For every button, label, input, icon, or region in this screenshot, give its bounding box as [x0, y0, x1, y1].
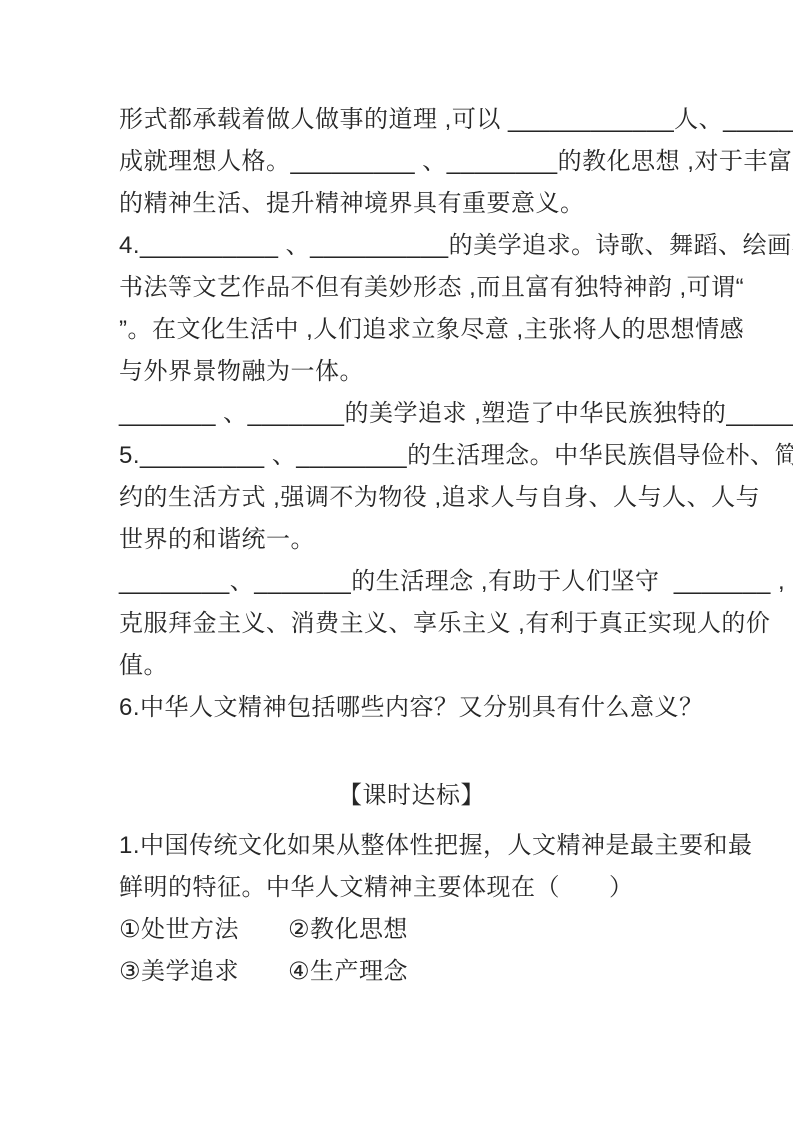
q5-summary-line-1: ________、_______的生活理念 ,有助于人们坚守 _______ , — [119, 561, 704, 603]
q3-text-line-2: 成就理想人格。_________ 、________的教化思想 ,对于丰富人 — [119, 141, 704, 183]
quiz-q1-text-line-2: 鲜明的特征。中华人文精神主要体现在（ ） — [119, 867, 704, 909]
quiz-q1-text-line-1: 1.中国传统文化如果从整体性把握，人文精神是最主要和最 — [119, 825, 704, 867]
quiz-q1-options-line-2: ③美学追求 ④生产理念 — [119, 951, 704, 993]
q5-summary-line-2: 克服拜金主义、消费主义、享乐主义 ,有利于真正实现人的价 — [119, 603, 704, 645]
q5-text-line-2: 约的生活方式 ,强调不为物役 ,追求人与自身、人与人、人与 — [119, 477, 704, 519]
q4-text-line-2: 书法等文艺作品不但有美妙形态 ,而且富有独特神韵 ,可谓“ — [119, 267, 704, 309]
q3-text-line-3: 的精神生活、提升精神境界具有重要意义。 — [119, 183, 704, 225]
worksheet-content: 形式都承载着做人做事的道理 ,可以 ____________人、________… — [119, 99, 704, 993]
q5-text-line-1: 5._________ 、________的生活理念。中华民族倡导俭朴、简 — [119, 435, 704, 477]
worksheet-page: 形式都承载着做人做事的道理 ,可以 ____________人、________… — [0, 0, 793, 1122]
q4-text-line-3: ”。在文化生活中 ,人们追求立象尽意 ,主张将人的思想情感 — [119, 309, 704, 351]
q5-text-line-3: 世界的和谐统一。 — [119, 519, 704, 561]
q5-summary-line-3: 值。 — [119, 645, 704, 687]
q4-text-line-1: 4.__________ 、__________的美学追求。诗歌、舞蹈、绘画、 — [119, 225, 704, 267]
quiz-q1-options-line-1: ①处世方法 ②教化思想 — [119, 909, 704, 951]
q3-text-line-1: 形式都承载着做人做事的道理 ,可以 ____________人、________… — [119, 99, 704, 141]
q4-summary-line: _______ 、_______的美学追求 ,塑造了中华民族独特的_____。 — [119, 393, 704, 435]
q4-text-line-4: 与外界景物融为一体。 — [119, 351, 704, 393]
q6-text-line: 6.中华人文精神包括哪些内容？又分别具有什么意义？ — [119, 687, 704, 729]
lesson-standard-heading: 【课时达标】 — [119, 775, 704, 817]
